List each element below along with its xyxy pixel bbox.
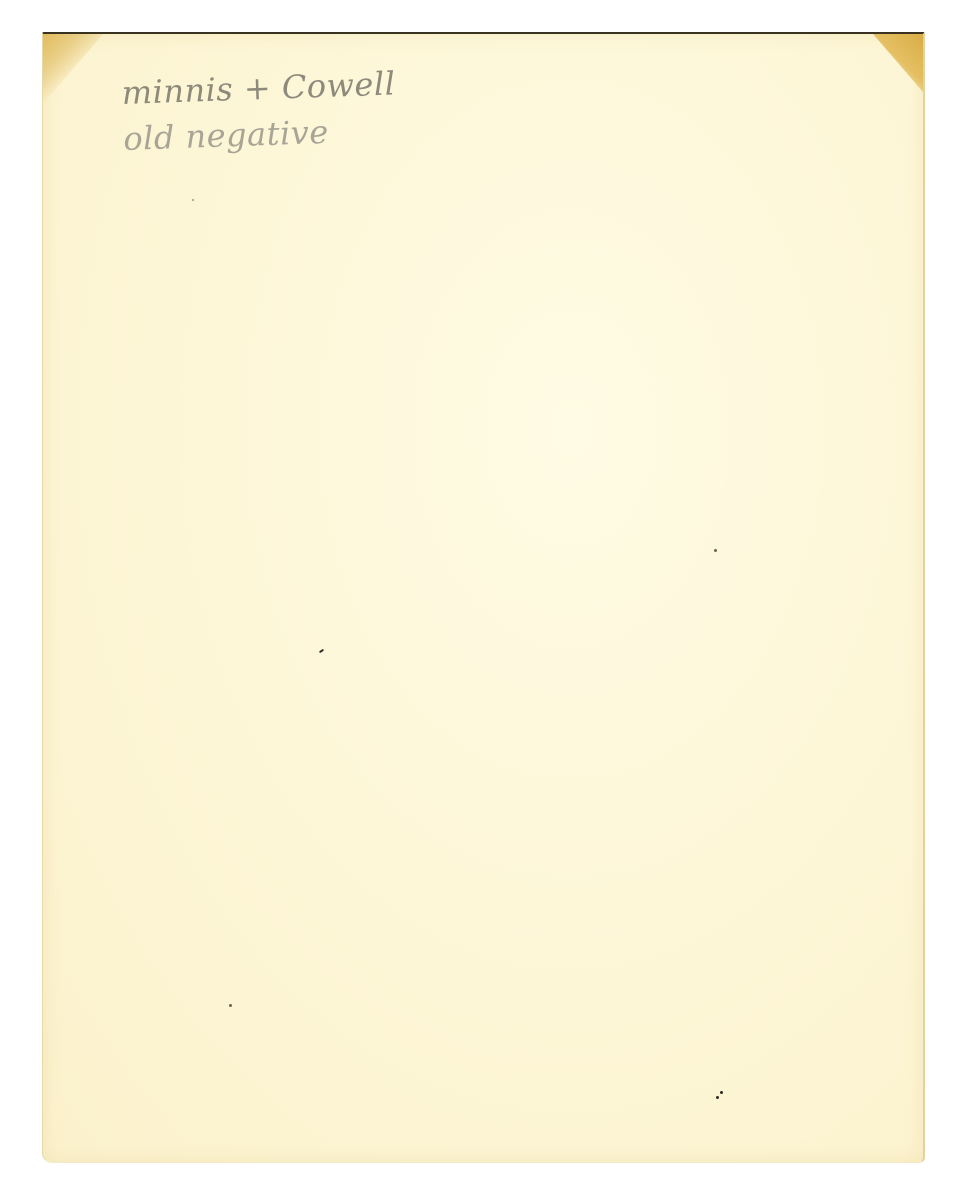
scan-background: minnis + Cowell old negative — [0, 0, 970, 1200]
handwritten-note: minnis + Cowell old negative — [121, 60, 398, 161]
dust-speck — [192, 199, 194, 201]
dust-speck — [319, 649, 324, 654]
dust-speck — [716, 1096, 719, 1099]
photo-back-card: minnis + Cowell old negative — [42, 32, 925, 1163]
dust-speck — [229, 1004, 232, 1007]
corner-stain-top-left — [43, 34, 103, 104]
handwritten-line-2: old negative — [123, 106, 398, 162]
handwritten-line-1: minnis + Cowell — [121, 60, 396, 116]
corner-stain-top-right — [873, 34, 923, 92]
dust-speck — [720, 1091, 723, 1094]
dust-speck — [714, 549, 717, 552]
